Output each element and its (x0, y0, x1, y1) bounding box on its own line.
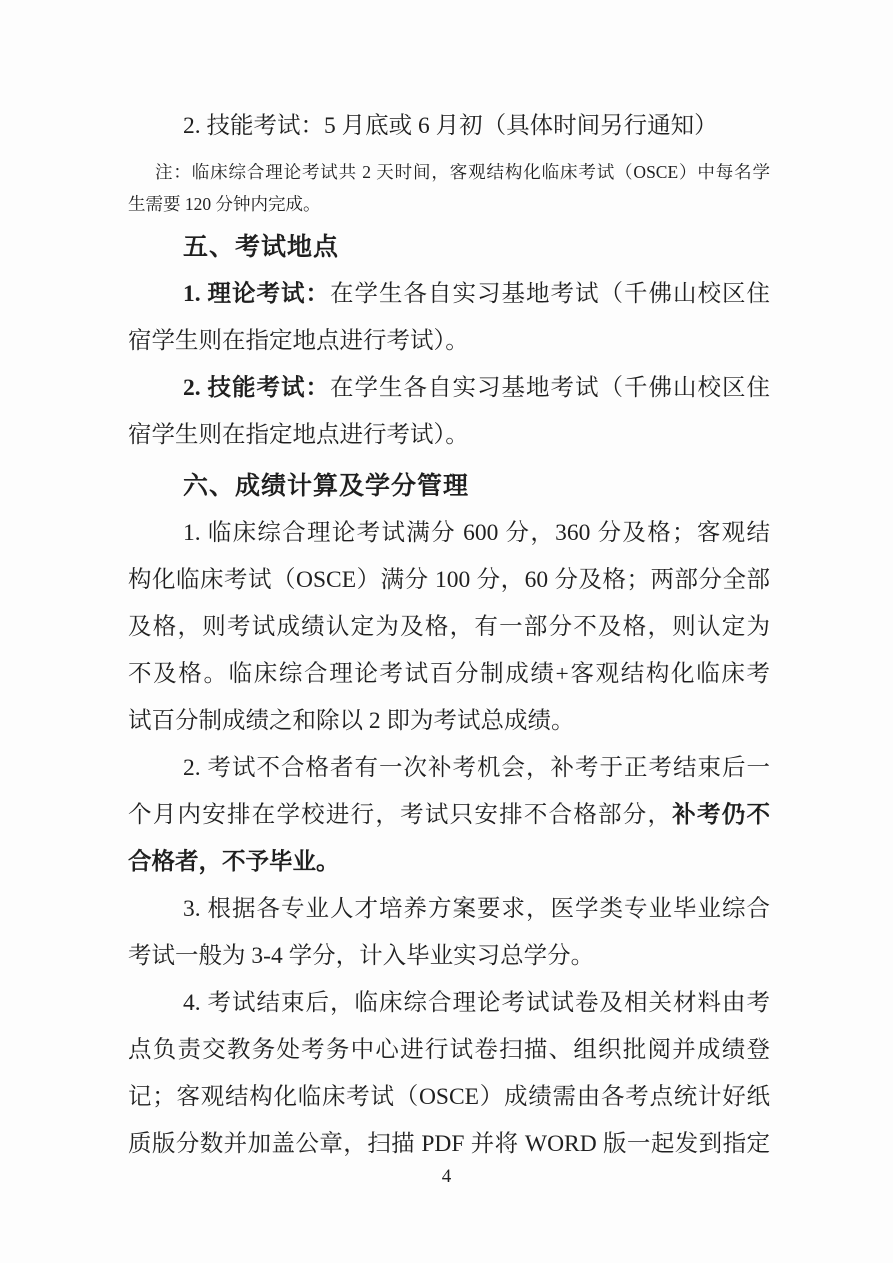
text-run: 4. 考试结束后，临床综合理论考试试卷及相关材料由考 (183, 990, 770, 1016)
text-run: 不及格。临床综合理论考试百分制成绩+客观结构化临床考 (128, 661, 770, 687)
text-line: 3. 根据各专业人才培养方案要求，医学类专业毕业综合 (128, 886, 770, 933)
text-run: 质版分数并加盖公章，扫描 PDF 并将 WORD 版一起发到指定 (128, 1131, 770, 1157)
text-line: 试百分制成绩之和除以 2 即为考试总成绩。 (128, 698, 770, 745)
text-run: 2. 考试不合格者有一次补考机会，补考于正考结束后一 (183, 755, 770, 781)
section-heading: 五、考试地点 (128, 224, 770, 271)
text-line: 1. 理论考试：在学生各自实习基地考试（千佛山校区住 (128, 271, 770, 318)
text-run: 注：临床综合理论考试共 2 天时间，客观结构化临床考试（OSCE）中每名学 (155, 162, 770, 182)
bold-text-run: 五、考试地点 (183, 233, 339, 261)
text-run: 记；客观结构化临床考试（OSCE）成绩需由各考点统计好纸 (128, 1084, 770, 1110)
text-line: 构化临床考试（OSCE）满分 100 分，60 分及格；两部分全部 (128, 557, 770, 604)
text-run: 宿学生则在指定地点进行考试）。 (128, 422, 469, 448)
text-run: 宿学生则在指定地点进行考试）。 (128, 328, 469, 354)
text-run: 点负责交教务处考务中心进行试卷扫描、组织批阅并成绩登 (128, 1037, 770, 1063)
text-run: 个月内安排在学校进行，考试只安排不合格部分， (128, 802, 672, 828)
text-run: 3. 根据各专业人才培养方案要求，医学类专业毕业综合 (183, 896, 770, 922)
text-run: 构化临床考试（OSCE）满分 100 分，60 分及格；两部分全部 (128, 567, 770, 593)
section-heading: 六、成绩计算及学分管理 (128, 463, 770, 510)
text-line: 1. 临床综合理论考试满分 600 分，360 分及格；客观结 (128, 510, 770, 557)
page-number: 4 (0, 1166, 893, 1188)
text-line: 生需要 120 分钟内完成。 (128, 188, 770, 220)
text-line: 宿学生则在指定地点进行考试）。 (128, 412, 770, 459)
text-line: 考试一般为 3-4 学分，计入毕业实习总学分。 (128, 933, 770, 980)
para-skill-exam-location: 2. 技能考试：在学生各自实习基地考试（千佛山校区住宿学生则在指定地点进行考试）… (128, 365, 770, 459)
page-body: 2. 技能考试：5 月底或 6 月初（具体时间另行通知）注：临床综合理论考试共 … (128, 103, 770, 1168)
text-run: 及格，则考试成绩认定为及格，有一部分不及格，则认定为 (128, 614, 770, 640)
text-line: 4. 考试结束后，临床综合理论考试试卷及相关材料由考 (128, 980, 770, 1027)
note-exam-duration: 注：临床综合理论考试共 2 天时间，客观结构化临床考试（OSCE）中每名学生需要… (128, 156, 770, 220)
text-line: 宿学生则在指定地点进行考试）。 (128, 318, 770, 365)
para-credits: 3. 根据各专业人才培养方案要求，医学类专业毕业综合考试一般为 3-4 学分，计… (128, 886, 770, 980)
para-makeup-exam: 2. 考试不合格者有一次补考机会，补考于正考结束后一个月内安排在学校进行，考试只… (128, 745, 770, 886)
text-run: 考试一般为 3-4 学分，计入毕业实习总学分。 (128, 943, 594, 969)
text-run: 2. 技能考试：5 月底或 6 月初（具体时间另行通知） (183, 113, 718, 139)
text-line: 及格，则考试成绩认定为及格，有一部分不及格，则认定为 (128, 604, 770, 651)
text-run: 1. 临床综合理论考试满分 600 分，360 分及格；客观结 (183, 520, 770, 546)
text-line: 2. 技能考试：5 月底或 6 月初（具体时间另行通知） (128, 103, 770, 150)
bold-text-run: 六、成绩计算及学分管理 (183, 472, 469, 500)
para-score-calculation: 1. 临床综合理论考试满分 600 分，360 分及格；客观结构化临床考试（OS… (128, 510, 770, 745)
text-line: 个月内安排在学校进行，考试只安排不合格部分，补考仍不 (128, 792, 770, 839)
para-after-exam-materials: 4. 考试结束后，临床综合理论考试试卷及相关材料由考点负责交教务处考务中心进行试… (128, 980, 770, 1168)
text-line: 2. 考试不合格者有一次补考机会，补考于正考结束后一 (128, 745, 770, 792)
document-page: 2. 技能考试：5 月底或 6 月初（具体时间另行通知）注：临床综合理论考试共 … (0, 0, 893, 1263)
bold-text-run: 补考仍不 (672, 802, 770, 828)
text-run: 在学生各自实习基地考试（千佛山校区住 (330, 375, 770, 401)
text-line: 2. 技能考试：在学生各自实习基地考试（千佛山校区住 (128, 365, 770, 412)
text-run: 生需要 120 分钟内完成。 (128, 194, 321, 214)
text-run: 在学生各自实习基地考试（千佛山校区住 (330, 281, 770, 307)
para-theory-exam-location: 1. 理论考试：在学生各自实习基地考试（千佛山校区住宿学生则在指定地点进行考试）… (128, 271, 770, 365)
text-line: 合格者，不予毕业。 (128, 839, 770, 886)
text-run: 试百分制成绩之和除以 2 即为考试总成绩。 (128, 708, 575, 734)
heading-section-6-score-credit: 六、成绩计算及学分管理 (128, 463, 770, 510)
heading-section-5-exam-location: 五、考试地点 (128, 224, 770, 271)
text-line: 记；客观结构化临床考试（OSCE）成绩需由各考点统计好纸 (128, 1074, 770, 1121)
bold-text-run: 2. 技能考试： (183, 375, 330, 401)
text-line: 质版分数并加盖公章，扫描 PDF 并将 WORD 版一起发到指定 (128, 1121, 770, 1168)
bold-text-run: 合格者，不予毕业。 (128, 849, 340, 875)
text-line: 点负责交教务处考务中心进行试卷扫描、组织批阅并成绩登 (128, 1027, 770, 1074)
text-line: 不及格。临床综合理论考试百分制成绩+客观结构化临床考 (128, 651, 770, 698)
para-skill-exam-time: 2. 技能考试：5 月底或 6 月初（具体时间另行通知） (128, 103, 770, 150)
text-line: 注：临床综合理论考试共 2 天时间，客观结构化临床考试（OSCE）中每名学 (128, 156, 770, 188)
bold-text-run: 1. 理论考试： (183, 281, 330, 307)
